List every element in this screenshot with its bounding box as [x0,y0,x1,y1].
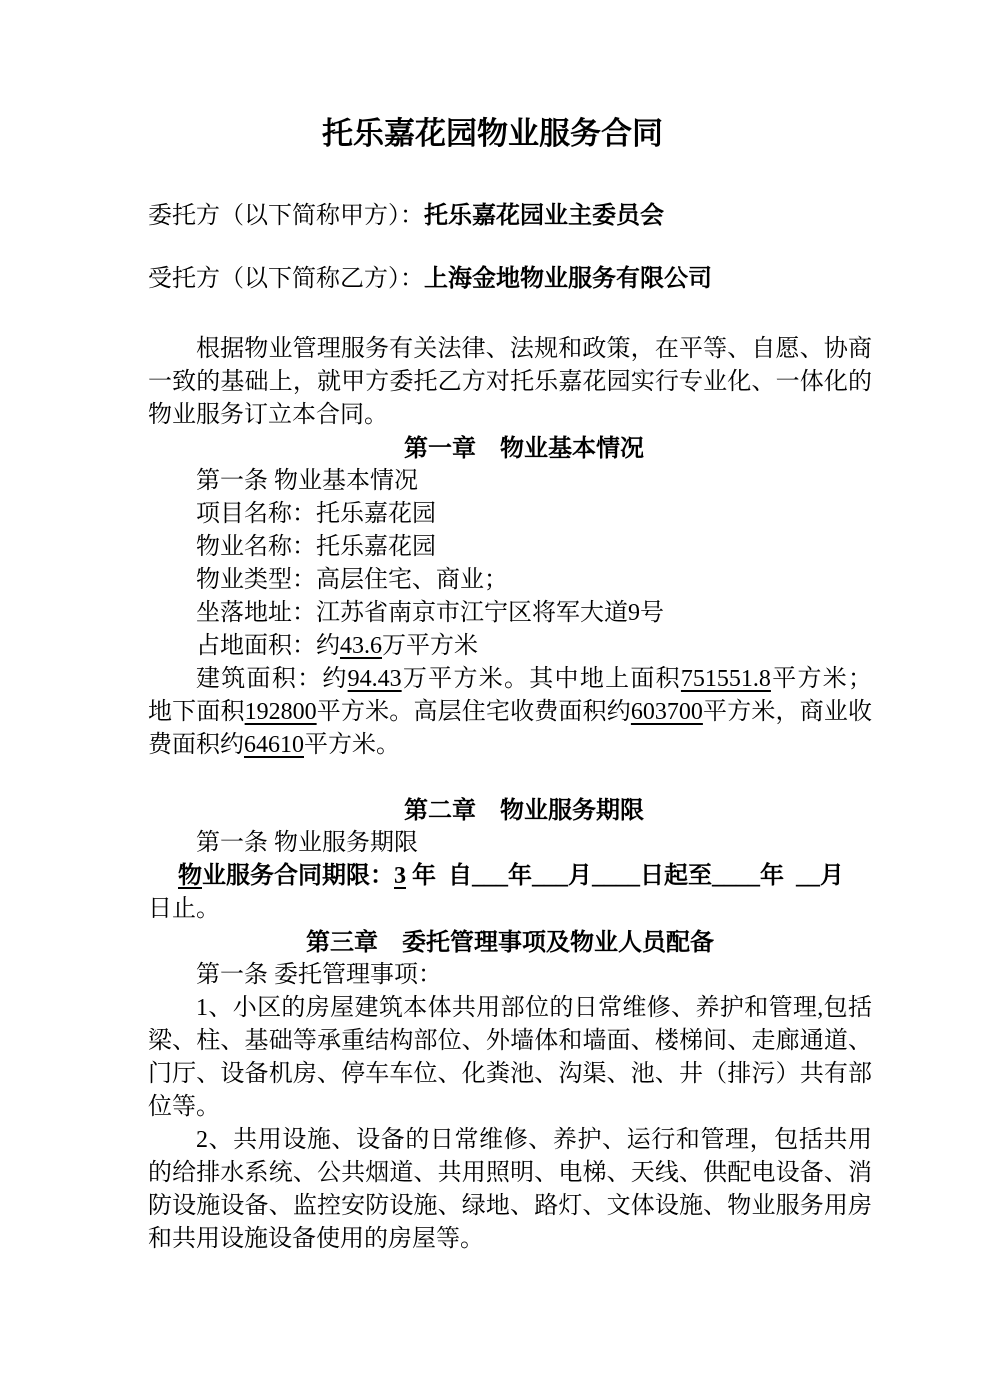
entrusted-item-2-line-3: 防设施设备、监控安防设施、绿地、路灯、文体设施、物业服务用房 [148,1190,872,1223]
land-area-label: 占地面积：约 [196,633,340,659]
party-b-name: 上海金地物业服务有限公司 [424,265,712,292]
article-3-1-title: 第一条 委托管理事项： [148,959,872,992]
preamble-paragraph: 根据物业管理服务有关法律、法规和政策，在平等、自愿、协商 一致的基础上，就甲方委… [148,333,872,432]
project-name-line: 项目名称：托乐嘉花园 [148,498,872,531]
chapter-2-heading: 第二章 物业服务期限 [148,794,872,827]
land-area-value: 43.6 [340,633,382,659]
article-2-1-title: 第一条 物业服务期限 [148,827,872,860]
party-a-line: 委托方（以下简称甲方）：托乐嘉花园业主委员会 [148,199,872,233]
contract-document-page: 托乐嘉花园物业服务合同 委托方（以下简称甲方）：托乐嘉花园业主委员会 受托方（以… [0,0,985,1393]
land-area-line: 占地面积：约43.6万平方米 [148,630,872,663]
term-end-line: 日止。 [148,893,872,926]
building-area-line-3: 费面积约64610平方米。 [148,729,872,762]
term-lead-char: 物 [178,863,202,889]
chapter-1-heading: 第一章 物业基本情况 [148,432,872,465]
underground-label: 地下面积 [148,699,245,725]
building-area-text-1: 万平方米。其中地上面积 [402,666,681,692]
above-ground-area: 751551.8 [681,666,771,692]
term-years-value: 3 [394,863,406,889]
party-b-line: 受托方（以下简称乙方）：上海金地物业服务有限公司 [148,262,872,296]
entrusted-item-2-line-4: 和共用设施设备使用的房屋等。 [148,1223,872,1256]
building-area-label: 建筑面积：约 [196,666,348,692]
term-date-blanks: 年 自___年___月____日起至____年 __月 [406,863,844,889]
party-a-name: 托乐嘉花园业主委员会 [424,202,664,229]
party-b-label: 受托方（以下简称乙方）： [148,266,424,292]
chapter-3-heading: 第三章 委托管理事项及物业人员配备 [148,926,872,959]
commercial-fee-area: 64610 [244,732,304,758]
entrusted-item-2-line-2: 的给排水系统、公共烟道、共用照明、电梯、天线、供配电设备、消 [148,1157,872,1190]
residential-fee-area: 603700 [631,699,703,725]
entrusted-item-1-line-3: 门厅、设备机房、停车车位、化粪池、沟渠、池、井（排污）共有部 [148,1058,872,1091]
party-a-label: 委托方（以下简称甲方）： [148,203,424,229]
document-title: 托乐嘉花园物业服务合同 [0,0,985,156]
building-area-line-1: 建筑面积：约94.43万平方米。其中地上面积751551.8平方米； [148,663,872,696]
entrusted-item-2-line-1: 2、共用设施、设备的日常维修、养护、运行和管理，包括共用 [148,1124,872,1157]
document-body: 委托方（以下简称甲方）：托乐嘉花园业主委员会 受托方（以下简称乙方）：上海金地物… [148,199,872,1256]
building-area-total: 94.43 [348,666,402,692]
contract-term-line: 物业服务合同期限：3 年 自___年___月____日起至____年 __月 [148,860,872,893]
residential-fee-label: 平方米。高层住宅收费面积约 [317,699,631,725]
land-area-unit: 万平方米 [382,633,478,659]
entrusted-item-1-line-4: 位等。 [148,1091,872,1124]
term-label: 业服务合同期限： [202,863,394,889]
property-name-line: 物业名称：托乐嘉花园 [148,531,872,564]
entrusted-item-1-line-2: 梁、柱、基础等承重结构部位、外墙体和墙面、楼梯间、走廊通道、 [148,1025,872,1058]
underground-area: 192800 [245,699,317,725]
commercial-fee-label: 费面积约 [148,732,244,758]
building-area-line-2: 地下面积192800平方米。高层住宅收费面积约603700平方米，商业收 [148,696,872,729]
article-1-1-title: 第一条 物业基本情况 [148,465,872,498]
entrusted-item-1-line-1: 1、小区的房屋建筑本体共用部位的日常维修、养护和管理,包括 [148,992,872,1025]
property-type-line: 物业类型：高层住宅、商业； [148,564,872,597]
preamble-line-1: 根据物业管理服务有关法律、法规和政策，在平等、自愿、协商 [148,333,872,366]
preamble-line-3: 物业服务订立本合同。 [148,399,872,432]
building-area-text-4: 平方米。 [304,732,400,758]
preamble-line-2: 一致的基础上，就甲方委托乙方对托乐嘉花园实行专业化、一体化的 [148,366,872,399]
building-area-text-2: 平方米； [771,666,872,692]
address-line: 坐落地址：江苏省南京市江宁区将军大道9号 [148,597,872,630]
building-area-text-3: 平方米，商业收 [703,699,872,725]
